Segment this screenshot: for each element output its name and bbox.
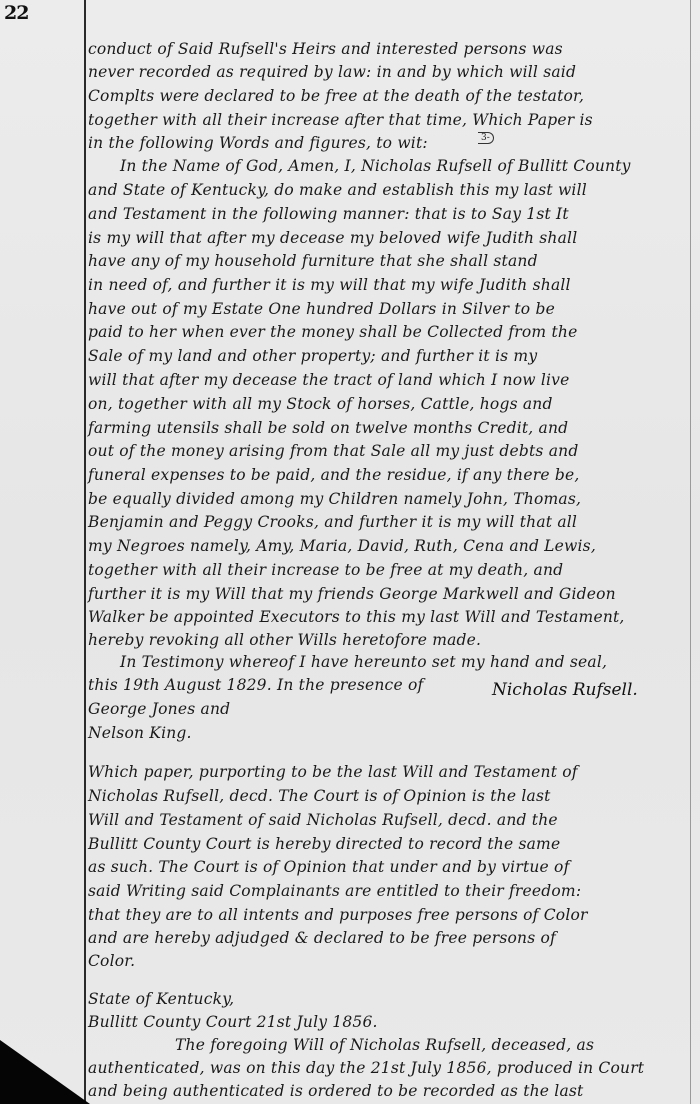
document-page: 22 conduct of Said Rufsell's Heirs and i… xyxy=(0,0,700,1104)
text-line: Will and Testament of said Nicholas Rufs… xyxy=(88,811,688,829)
text-line: Bullitt County Court is hereby directed … xyxy=(88,835,688,853)
text-line: Walker be appointed Executors to this my… xyxy=(88,608,688,626)
text-line: further it is my Will that my friends Ge… xyxy=(88,585,688,603)
text-line: that they are to all intents and purpose… xyxy=(88,906,688,924)
text-line: farming utensils shall be sold on twelve… xyxy=(88,419,688,437)
text-line: funeral expenses to be paid, and the res… xyxy=(88,466,688,484)
heading-court-date: Bullitt County Court 21st July 1856. xyxy=(88,1013,688,1031)
heading-state: State of Kentucky, xyxy=(88,990,688,1008)
text-line: is my will that after my decease my belo… xyxy=(88,229,688,247)
text-line: authenticated, was on this day the 21st … xyxy=(88,1059,688,1077)
text-line: never recorded as required by law: in an… xyxy=(88,63,688,81)
text-line: and being authenticated is ordered to be… xyxy=(88,1082,688,1100)
text-line: my Negroes namely, Amy, Maria, David, Ru… xyxy=(88,537,688,555)
text-line: Sale of my land and other property; and … xyxy=(88,347,688,365)
text-line: Which paper, purporting to be the last W… xyxy=(88,763,688,781)
page-number: 22 xyxy=(4,2,28,24)
text-line: Complts were declared to be free at the … xyxy=(88,87,688,105)
text-line: In Testimony whereof I have hereunto set… xyxy=(120,653,700,671)
text-line: will that after my decease the tract of … xyxy=(88,371,688,389)
text-line: and Testament in the following manner: t… xyxy=(88,205,688,223)
text-line: and are hereby adjudged & declared to be… xyxy=(88,929,688,947)
text-line: Benjamin and Peggy Crooks, and further i… xyxy=(88,513,688,531)
text-line: have any of my household furniture that … xyxy=(88,252,688,270)
text-line: In the Name of God, Amen, I, Nicholas Ru… xyxy=(120,157,700,175)
text-line: in need of, and further it is my will th… xyxy=(88,276,688,294)
text-line: on, together with all my Stock of horses… xyxy=(88,395,688,413)
text-line: paid to her when ever the money shall be… xyxy=(88,323,688,341)
text-line: be equally divided among my Children nam… xyxy=(88,490,688,508)
text-line: have out of my Estate One hundred Dollar… xyxy=(88,300,688,318)
text-line: said Writing said Complainants are entit… xyxy=(88,882,688,900)
text-line: Color. xyxy=(88,952,688,970)
text-line: Nicholas Rufsell, decd. The Court is of … xyxy=(88,787,688,805)
text-line: The foregoing Will of Nicholas Rufsell, … xyxy=(175,1036,700,1054)
text-line: together with all their increase after t… xyxy=(88,111,688,129)
margin-annotation: 3- xyxy=(478,132,494,144)
witness-name: Nelson King. xyxy=(88,724,688,742)
scan-corner-shadow xyxy=(0,1040,90,1104)
text-line: conduct of Said Rufsell's Heirs and inte… xyxy=(88,40,688,58)
margin-rule xyxy=(84,0,86,1104)
testator-signature: Nicholas Rufsell. xyxy=(492,680,638,700)
text-line: hereby revoking all other Wills heretofo… xyxy=(88,631,688,649)
witness-name: George Jones and xyxy=(88,700,688,718)
text-line: in the following Words and figures, to w… xyxy=(88,134,688,152)
text-line: out of the money arising from that Sale … xyxy=(88,442,688,460)
text-line: together with all their increase to be f… xyxy=(88,561,688,579)
text-line: as such. The Court is of Opinion that un… xyxy=(88,858,688,876)
text-line: and State of Kentucky, do make and estab… xyxy=(88,181,688,199)
